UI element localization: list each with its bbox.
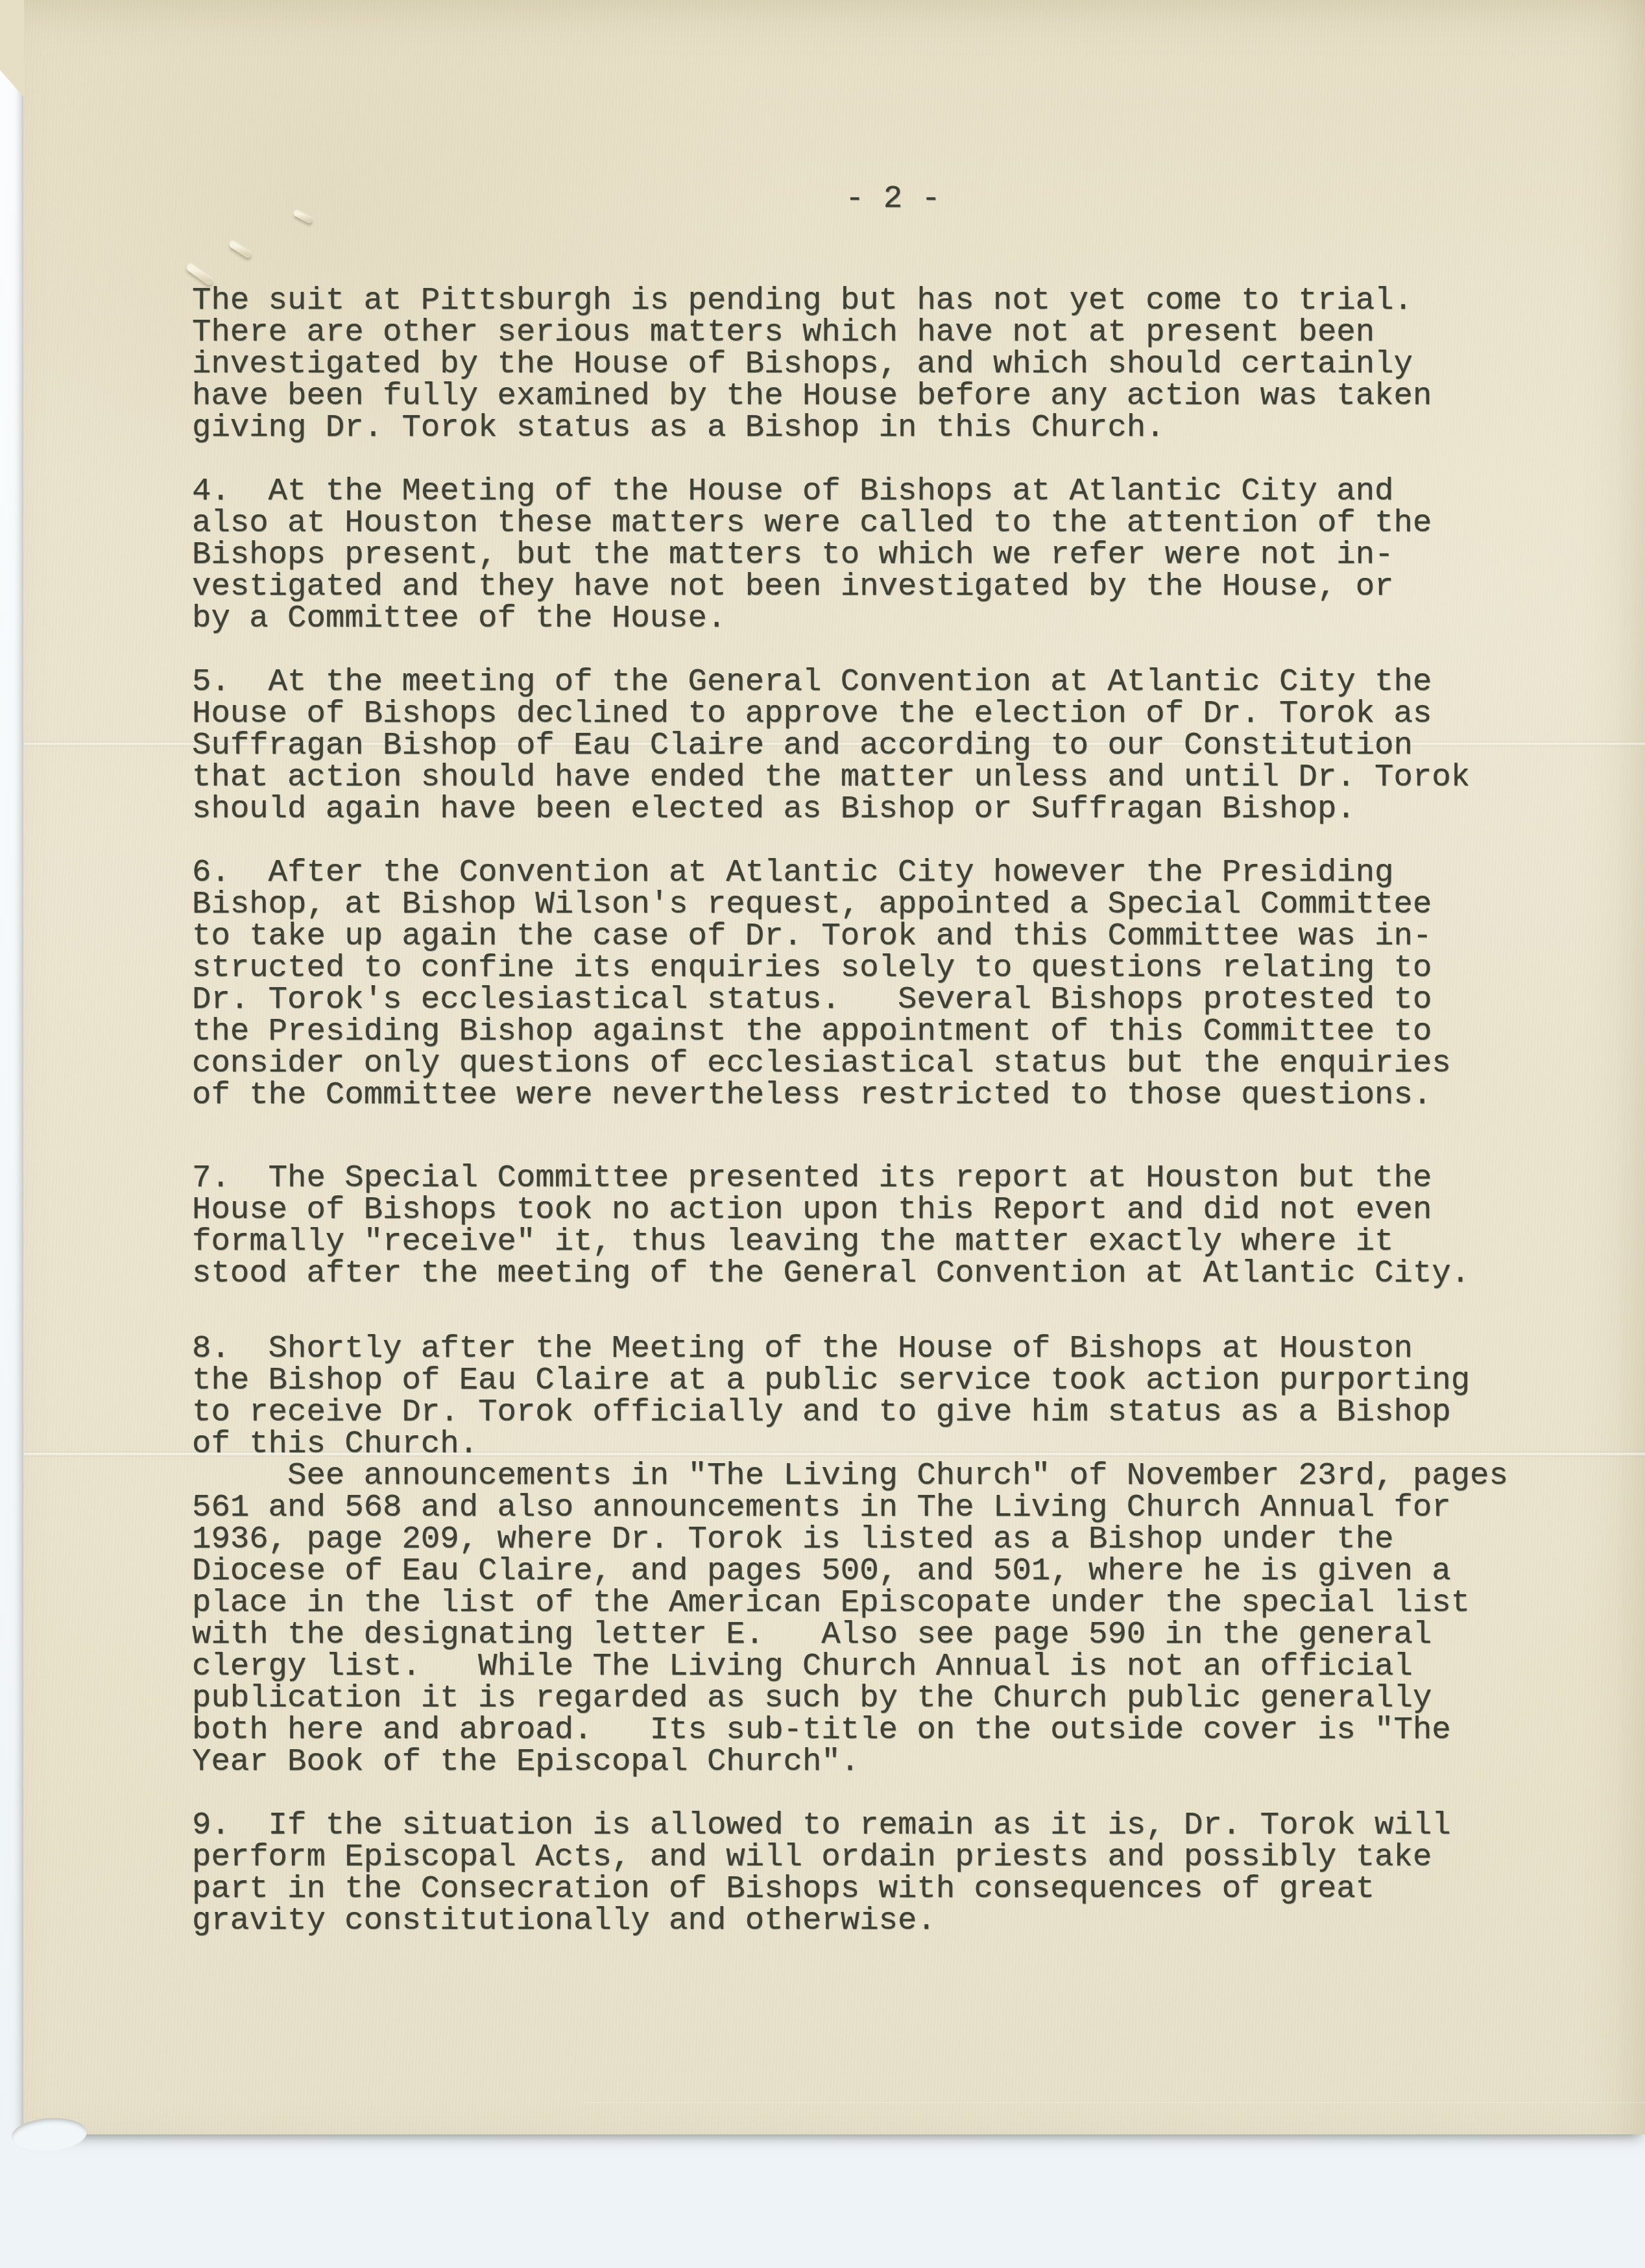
text-line: Year Book of the Episcopal Church". xyxy=(192,1746,1508,1778)
text-line: perform Episcopal Acts, and will ordain … xyxy=(192,1841,1451,1873)
text-line: both here and abroad. Its sub-title on t… xyxy=(192,1714,1508,1746)
text-line: the Bishop of Eau Claire at a public ser… xyxy=(192,1365,1508,1396)
text-line: of this Church. xyxy=(192,1428,1508,1460)
text-line: formally "receive" it, thus leaving the … xyxy=(192,1226,1470,1258)
text-line: 6. After the Convention at Atlantic City… xyxy=(192,857,1451,889)
paragraph: 9. If the situation is allowed to remain… xyxy=(192,1809,1451,1937)
text-line: gravity constitutionally and otherwise. xyxy=(192,1905,1451,1937)
text-line: 1936, page 209, where Dr. Torok is liste… xyxy=(192,1523,1508,1555)
paragraph: 4. At the Meeting of the House of Bishop… xyxy=(192,475,1432,634)
page-number: - 2 - xyxy=(845,183,941,215)
text-line: 561 and 568 and also announcements in Th… xyxy=(192,1492,1508,1523)
text-line: structed to confine its enquiries solely… xyxy=(192,952,1451,984)
text-line: should again have been elected as Bishop… xyxy=(192,793,1470,825)
text-line: to take up again the case of Dr. Torok a… xyxy=(192,920,1451,952)
text-line: with the designating letter E. Also see … xyxy=(192,1619,1508,1651)
text-line: Dr. Torok's ecclesiastical status. Sever… xyxy=(192,984,1451,1016)
text-line: Suffragan Bishop of Eau Claire and accor… xyxy=(192,730,1470,761)
text-line: clergy list. While The Living Church Ann… xyxy=(192,1651,1508,1682)
paragraph: 5. At the meeting of the General Convent… xyxy=(192,666,1470,825)
text-line: 8. Shortly after the Meeting of the Hous… xyxy=(192,1333,1508,1365)
text-line: part in the Consecration of Bishops with… xyxy=(192,1873,1451,1905)
text-line: 4. At the Meeting of the House of Bishop… xyxy=(192,475,1432,507)
text-line: the Presiding Bishop against the appoint… xyxy=(192,1016,1451,1047)
text-line: that action should have ended the matter… xyxy=(192,761,1470,793)
text-line: also at Houston these matters were calle… xyxy=(192,507,1432,539)
scanned-document: - 2 - The suit at Pittsburgh is pending … xyxy=(0,0,1645,2268)
text-line: See announcements in "The Living Church"… xyxy=(192,1460,1508,1492)
paragraph: 8. Shortly after the Meeting of the Hous… xyxy=(192,1333,1508,1778)
text-line: by a Committee of the House. xyxy=(192,603,1432,634)
paragraph: The suit at Pittsburgh is pending but ha… xyxy=(192,285,1432,444)
text-line: giving Dr. Torok status as a Bishop in t… xyxy=(192,412,1432,444)
text-line: Bishop, at Bishop Wilson's request, appo… xyxy=(192,889,1451,920)
text-line: place in the list of the American Episco… xyxy=(192,1587,1508,1619)
text-line: 9. If the situation is allowed to remain… xyxy=(192,1809,1451,1841)
text-line: investigated by the House of Bishops, an… xyxy=(192,348,1432,380)
text-line: vestigated and they have not been invest… xyxy=(192,571,1432,603)
text-line: have been fully examined by the House be… xyxy=(192,380,1432,412)
text-line: to receive Dr. Torok officially and to g… xyxy=(192,1396,1508,1428)
text-line: The suit at Pittsburgh is pending but ha… xyxy=(192,285,1432,316)
text-line: House of Bishops took no action upon thi… xyxy=(192,1194,1470,1226)
paragraph: 7. The Special Committee presented its r… xyxy=(192,1162,1470,1289)
text-line: stood after the meeting of the General C… xyxy=(192,1258,1470,1289)
text-line: Diocese of Eau Claire, and pages 500, an… xyxy=(192,1555,1508,1587)
document-text: - 2 - The suit at Pittsburgh is pending … xyxy=(0,0,1645,2268)
text-line: publication it is regarded as such by th… xyxy=(192,1682,1508,1714)
text-line: House of Bishops declined to approve the… xyxy=(192,698,1470,730)
text-line: 5. At the meeting of the General Convent… xyxy=(192,666,1470,698)
text-line: There are other serious matters which ha… xyxy=(192,316,1432,348)
text-line: 7. The Special Committee presented its r… xyxy=(192,1162,1470,1194)
text-line: consider only questions of ecclesiastica… xyxy=(192,1047,1451,1079)
text-line: of the Committee were nevertheless restr… xyxy=(192,1079,1451,1111)
text-line: Bishops present, but the matters to whic… xyxy=(192,539,1432,571)
paragraph: 6. After the Convention at Atlantic City… xyxy=(192,857,1451,1111)
